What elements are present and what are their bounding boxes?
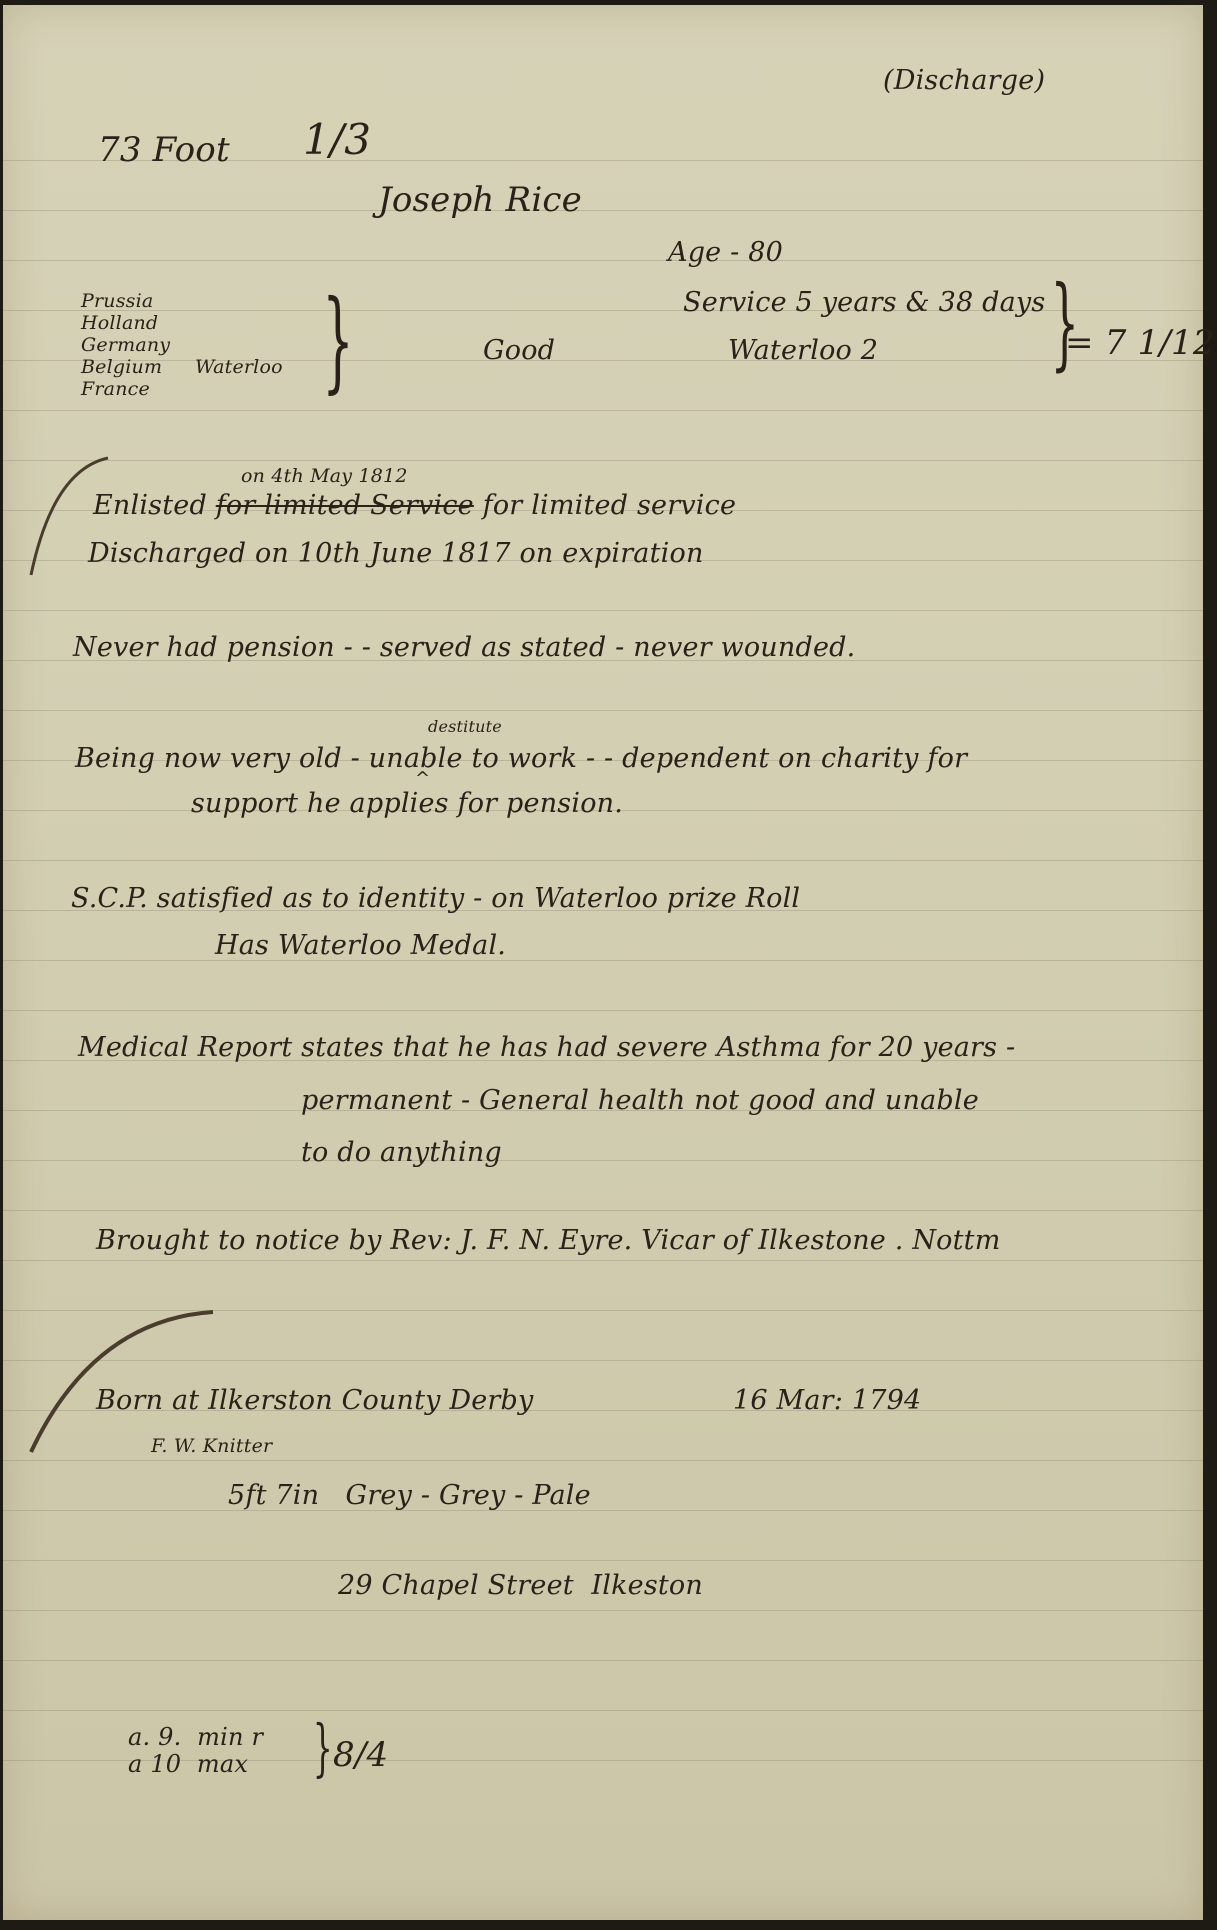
- being-line-2: support he applies for pension.: [191, 788, 623, 819]
- right-brace-icon: }: [313, 1717, 333, 1779]
- destitute-insert: destitute: [428, 717, 502, 736]
- soldier-name: Joseph Rice: [378, 180, 582, 220]
- service-field: Service 5 years & 38 days: [683, 287, 1045, 318]
- scp-line-2: Has Waterloo Medal.: [215, 930, 506, 961]
- insertion-caret-icon: ^: [415, 768, 430, 789]
- ruled-line: [3, 1660, 1203, 1661]
- ruled-line: [3, 1010, 1203, 1011]
- enlisted-line: Enlisted for limited Service for limited…: [93, 490, 736, 521]
- footer-line-2: a 10 max: [128, 1750, 248, 1778]
- discharged-line: Discharged on 10th June 1817 on expirati…: [88, 538, 704, 569]
- address: 29 Chapel Street Ilkeston: [338, 1570, 703, 1601]
- ruled-line: [3, 1710, 1203, 1711]
- country-item: Germany: [81, 334, 170, 356]
- age-field: Age - 80: [668, 237, 783, 268]
- enlisted-suffix: for limited service: [483, 490, 736, 521]
- medical-line-3: to do anything: [301, 1137, 502, 1168]
- regiment-label: 73 Foot: [98, 130, 230, 170]
- rate-value: 8/4: [333, 1735, 388, 1775]
- country-item: Prussia: [81, 290, 170, 312]
- ruled-line: [3, 210, 1203, 211]
- ruled-line: [3, 410, 1203, 411]
- ruled-line: [3, 1460, 1203, 1461]
- right-brace-icon: }: [322, 285, 354, 395]
- enlisted-insert: on 4th May 1812: [241, 465, 408, 487]
- reference-number: 1/3: [303, 115, 371, 164]
- medical-line-1: Medical Report states that he has had se…: [78, 1032, 1015, 1063]
- ruled-line: [3, 1510, 1203, 1511]
- birth-date: 16 Mar: 1794: [733, 1385, 921, 1416]
- ruled-line: [3, 260, 1203, 261]
- physical-description: 5ft 7in Grey - Grey - Pale: [228, 1480, 591, 1511]
- pension-note: Never had pension - - served as stated -…: [73, 632, 855, 663]
- trade: F. W. Knitter: [151, 1435, 272, 1457]
- ruled-line: [3, 460, 1203, 461]
- total-service: = 7 1/12: [1065, 323, 1215, 363]
- scp-line-1: S.C.P. satisfied as to identity - on Wat…: [71, 883, 800, 914]
- ruled-line: [3, 1160, 1203, 1161]
- footer-line-1: a. 9. min r: [128, 1723, 263, 1751]
- country-item: Holland: [81, 312, 170, 334]
- document-page: (Discharge) 73 Foot 1/3 Joseph Rice Prus…: [3, 5, 1203, 1920]
- ruled-line: [3, 1610, 1203, 1611]
- enlisted-prefix: Enlisted: [93, 490, 207, 521]
- country-item: France: [81, 378, 170, 400]
- ruled-line: [3, 1260, 1203, 1261]
- battle-label: Waterloo: [195, 356, 283, 378]
- ruled-line: [3, 1210, 1203, 1211]
- country-item: Belgium: [81, 356, 170, 378]
- ruled-line: [3, 860, 1203, 861]
- ruled-line: [3, 610, 1203, 611]
- medical-line-2: permanent - General health not good and …: [301, 1085, 979, 1116]
- brought-to-notice: Brought to notice by Rev: J. F. N. Eyre.…: [96, 1225, 1001, 1256]
- ruled-line: [3, 710, 1203, 711]
- being-line-1: Being now very old - unable to work - - …: [75, 743, 967, 774]
- birthplace: Born at Ilkerston County Derby: [96, 1385, 533, 1416]
- campaign-countries: Prussia Holland Germany Belgium France: [81, 290, 170, 400]
- discharge-annotation: (Discharge): [883, 65, 1045, 96]
- waterloo-field: Waterloo 2: [728, 335, 878, 366]
- enlisted-struck: for limited Service: [216, 490, 474, 521]
- ruled-line: [3, 960, 1203, 961]
- conduct-rating: Good: [483, 335, 555, 366]
- ruled-line: [3, 1560, 1203, 1561]
- ruled-line: [3, 360, 1203, 361]
